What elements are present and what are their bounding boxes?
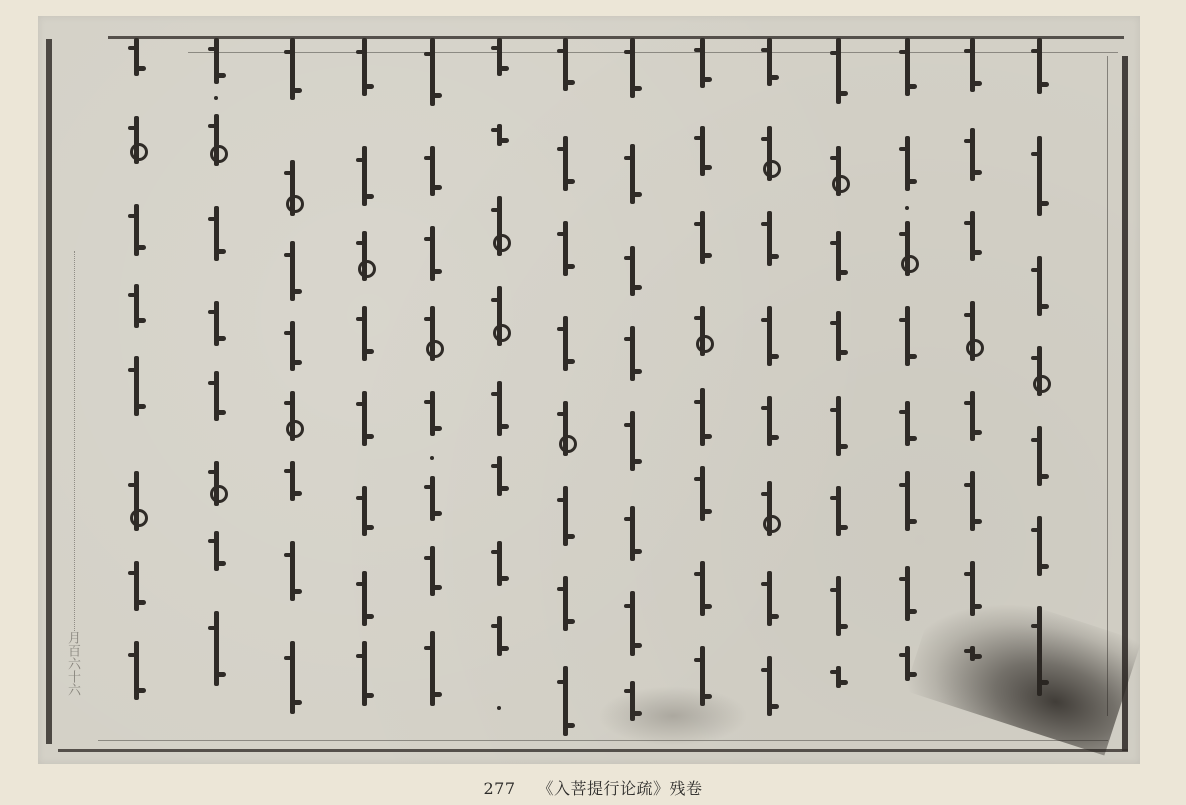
script-word bbox=[290, 321, 295, 371]
text-column-2 bbox=[202, 16, 232, 764]
script-word bbox=[290, 38, 295, 100]
script-word bbox=[134, 356, 139, 416]
script-word bbox=[1037, 426, 1042, 486]
script-word bbox=[362, 391, 367, 446]
text-column-7 bbox=[551, 16, 581, 764]
script-word bbox=[497, 124, 502, 146]
script-word bbox=[134, 38, 139, 76]
script-word bbox=[290, 541, 295, 601]
script-word bbox=[290, 160, 295, 216]
script-word bbox=[430, 306, 435, 361]
script-word bbox=[290, 391, 295, 441]
script-word bbox=[497, 616, 502, 656]
script-word bbox=[430, 546, 435, 596]
punctuation-dot bbox=[905, 206, 909, 210]
script-word bbox=[970, 391, 975, 441]
script-word bbox=[214, 114, 219, 166]
text-column-12 bbox=[893, 16, 923, 764]
figure-title: 《入菩提行论疏》残卷 bbox=[538, 779, 703, 798]
script-word bbox=[362, 146, 367, 206]
text-column-4 bbox=[350, 16, 380, 764]
text-column-3 bbox=[278, 16, 308, 764]
script-word bbox=[836, 146, 841, 196]
script-word bbox=[905, 38, 910, 96]
script-word bbox=[497, 541, 502, 586]
script-word bbox=[362, 306, 367, 361]
script-word bbox=[362, 231, 367, 281]
script-word bbox=[970, 646, 975, 661]
text-column-13 bbox=[958, 16, 988, 764]
script-word bbox=[905, 471, 910, 531]
script-word bbox=[630, 144, 635, 204]
script-word bbox=[767, 211, 772, 266]
script-word bbox=[214, 371, 219, 421]
text-column-1 bbox=[122, 16, 152, 764]
script-word bbox=[630, 411, 635, 471]
script-word bbox=[700, 561, 705, 616]
figure-caption: 277《入菩提行论疏》残卷 bbox=[0, 776, 1186, 799]
script-word bbox=[700, 646, 705, 706]
script-word bbox=[430, 38, 435, 106]
text-column-14 bbox=[1025, 16, 1055, 764]
script-word bbox=[290, 241, 295, 301]
script-word bbox=[767, 656, 772, 716]
script-word bbox=[630, 591, 635, 656]
script-word bbox=[970, 471, 975, 531]
ink-stain bbox=[905, 576, 1142, 755]
script-word bbox=[430, 476, 435, 521]
script-word bbox=[836, 396, 841, 456]
script-word bbox=[563, 486, 568, 546]
manuscript-photo: 月百六十六 bbox=[38, 16, 1140, 764]
script-word bbox=[497, 196, 502, 256]
script-word bbox=[630, 246, 635, 296]
script-word bbox=[905, 566, 910, 621]
script-word bbox=[630, 681, 635, 721]
script-word bbox=[970, 128, 975, 181]
text-column-10 bbox=[755, 16, 785, 764]
script-word bbox=[214, 206, 219, 261]
script-word bbox=[134, 471, 139, 531]
script-word bbox=[1037, 606, 1042, 696]
script-word bbox=[836, 576, 841, 636]
figure-number: 277 bbox=[483, 779, 515, 798]
script-word bbox=[563, 576, 568, 631]
script-word bbox=[563, 221, 568, 276]
script-word bbox=[214, 461, 219, 506]
script-word bbox=[836, 38, 841, 104]
script-word bbox=[214, 301, 219, 346]
margin-annotation: 月百六十六 bbox=[62, 631, 80, 696]
script-word bbox=[362, 571, 367, 626]
script-word bbox=[767, 396, 772, 446]
script-word bbox=[362, 38, 367, 96]
script-word bbox=[905, 306, 910, 366]
script-word bbox=[290, 461, 295, 501]
script-word bbox=[767, 38, 772, 86]
script-word bbox=[134, 204, 139, 256]
punctuation-dot bbox=[430, 456, 434, 460]
frame-border-right bbox=[1122, 56, 1128, 751]
script-word bbox=[836, 311, 841, 361]
text-column-9 bbox=[688, 16, 718, 764]
script-word bbox=[563, 316, 568, 371]
script-word bbox=[700, 38, 705, 88]
script-word bbox=[700, 388, 705, 446]
frame-border-left bbox=[46, 39, 52, 744]
script-word bbox=[700, 466, 705, 521]
script-word bbox=[767, 306, 772, 366]
script-word bbox=[134, 561, 139, 611]
script-word bbox=[497, 286, 502, 346]
script-word bbox=[134, 641, 139, 700]
script-word bbox=[970, 38, 975, 92]
script-word bbox=[700, 211, 705, 264]
script-word bbox=[700, 126, 705, 176]
margin-faint-script bbox=[74, 251, 89, 631]
script-word bbox=[362, 641, 367, 706]
script-word bbox=[430, 226, 435, 281]
text-column-8 bbox=[618, 16, 648, 764]
script-word bbox=[630, 326, 635, 381]
script-word bbox=[563, 38, 568, 91]
script-word bbox=[563, 136, 568, 191]
script-word bbox=[630, 38, 635, 98]
frame-border-right-inner bbox=[1107, 56, 1108, 716]
script-word bbox=[430, 391, 435, 436]
script-word bbox=[1037, 38, 1042, 94]
script-word bbox=[497, 38, 502, 76]
script-word bbox=[134, 284, 139, 328]
script-word bbox=[905, 221, 910, 276]
script-word bbox=[905, 401, 910, 446]
script-word bbox=[700, 306, 705, 356]
script-word bbox=[563, 666, 568, 736]
frame-border-bottom-inner bbox=[98, 740, 1108, 741]
script-word bbox=[134, 116, 139, 164]
script-word bbox=[1037, 136, 1042, 216]
script-word bbox=[430, 631, 435, 706]
script-word bbox=[497, 381, 502, 436]
script-word bbox=[836, 666, 841, 688]
punctuation-dot bbox=[836, 176, 840, 180]
script-word bbox=[836, 486, 841, 536]
script-word bbox=[970, 561, 975, 616]
punctuation-dot bbox=[290, 356, 294, 360]
script-word bbox=[362, 486, 367, 536]
script-word bbox=[290, 641, 295, 714]
punctuation-dot bbox=[214, 96, 218, 100]
script-word bbox=[836, 231, 841, 281]
script-word bbox=[905, 136, 910, 191]
script-word bbox=[214, 611, 219, 686]
punctuation-dot bbox=[497, 706, 501, 710]
script-word bbox=[214, 531, 219, 571]
script-word bbox=[1037, 516, 1042, 576]
script-word bbox=[970, 301, 975, 361]
script-word bbox=[563, 401, 568, 456]
script-word bbox=[767, 126, 772, 181]
text-column-6 bbox=[485, 16, 515, 764]
punctuation-dot bbox=[362, 201, 366, 205]
script-word bbox=[630, 506, 635, 561]
script-word bbox=[905, 646, 910, 681]
script-word bbox=[430, 146, 435, 196]
script-word bbox=[214, 38, 219, 84]
script-word bbox=[1037, 256, 1042, 316]
script-word bbox=[767, 481, 772, 536]
script-word bbox=[1037, 346, 1042, 396]
script-word bbox=[497, 456, 502, 496]
text-column-5 bbox=[418, 16, 448, 764]
script-word bbox=[970, 211, 975, 261]
text-column-11 bbox=[824, 16, 854, 764]
script-word bbox=[767, 571, 772, 626]
